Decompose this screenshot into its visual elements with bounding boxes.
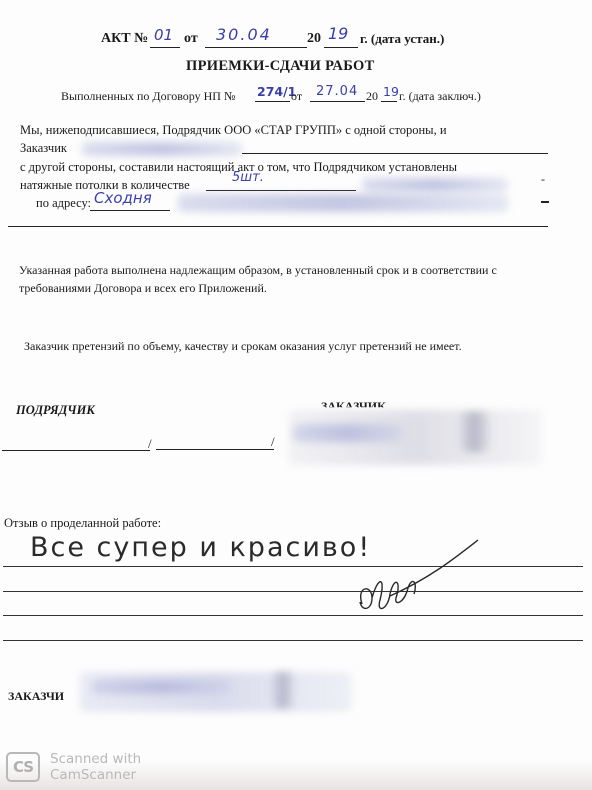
address-redacted [178,194,508,212]
act-number: 01 [154,26,173,44]
address-value: Сходня [94,189,152,207]
act-year-prefix: 20 [307,31,321,47]
contractor-name-line [156,449,274,450]
review-line-2 [3,591,583,592]
act-year-suffix: г. (дата устан.) [360,31,444,47]
contract-year: 19 [383,84,399,99]
act-date-underline [205,47,307,48]
quantity-dash: - [541,172,545,187]
customer-signature-mark-redacted [460,412,490,452]
contract-suffix: г. (дата заключ.) [399,89,481,104]
customer-handwritten-signature [350,536,480,616]
quantity-underline [206,190,356,191]
review-line-3 [3,615,583,616]
address-label: по адресу: [36,196,91,211]
act-number-underline [150,47,180,48]
act-date: 30.04 [216,25,272,44]
contract-from-label: от [291,89,302,104]
review-line-4 [3,640,583,641]
contractor-signature-separator-2: / [271,434,275,450]
contract-number-underline [255,101,290,102]
address-underline [90,210,170,211]
contractor-signature-separator-1: / [148,436,152,452]
watermark-line-1: Scanned with [50,751,141,767]
watermark-line-2: CamScanner [50,767,141,783]
customer-name-underline [242,153,548,154]
completion-statement-line1: Указанная работа выполнена надлежащим об… [19,263,497,278]
quantity-detail-redacted [362,178,508,192]
footer-customer-label: ЗАКАЗЧИК [8,689,73,704]
contract-prefix: Выполненных по Договору НП № [61,89,235,104]
contract-year-underline [381,101,397,102]
act-from-label: от [184,31,198,47]
footer-customer-name-redacted [92,680,232,694]
act-prefix: АКТ № [101,31,148,47]
act-year: 19 [328,24,348,43]
review-handwritten-text: Все супер и красиво! [30,532,371,563]
completion-statement-line2: требованиями Договора и всех его Приложе… [19,281,267,296]
review-label: Отзыв о проделанной работе: [4,516,161,531]
contract-date-underline [310,101,365,102]
footer-customer-mark-redacted [272,672,294,708]
contractor-signature-line [2,450,150,451]
customer-name-redacted [82,142,242,156]
document-title: ПРИЕМКИ-СДАЧИ РАБОТ [186,58,375,75]
review-line-1 [3,566,583,567]
contract-year-prefix: 20 [366,89,378,104]
parties-line: Мы, нижеподписавшиеся, Подрядчик ООО «СТ… [20,123,447,138]
customer-label: Заказчик [20,141,67,156]
camscanner-logo-icon: CS [6,752,40,782]
contract-date: 27.04 [316,84,358,99]
address-second-line [8,226,548,227]
no-claims-statement: Заказчик претензий по объему, качеству и… [24,339,462,354]
quantity-value: 5шт. [232,170,264,185]
customer-signature-name-redacted [293,424,403,442]
scanned-document-page: АКТ № 01 от 30.04 20 19 г. (дата устан.)… [0,0,592,790]
address-dash [541,201,549,203]
camscanner-watermark: Scanned with CamScanner [50,751,141,783]
act-year-underline [324,47,358,48]
contractor-signature-label: ПОДРЯДЧИК [16,403,95,418]
